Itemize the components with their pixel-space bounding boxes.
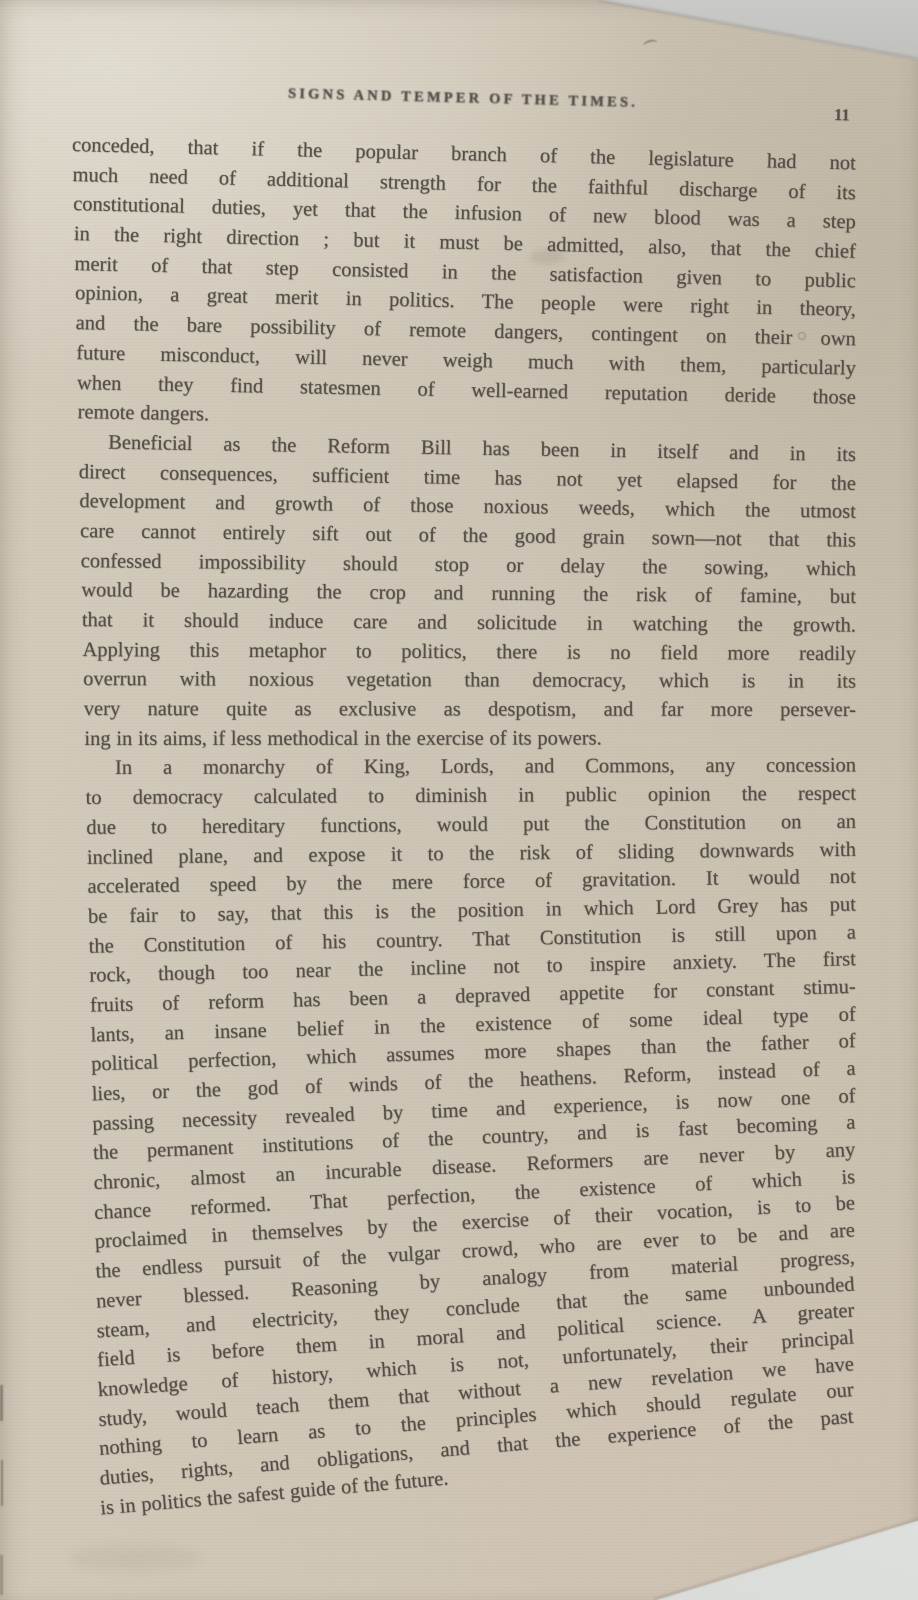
ink-squiggle-artifact [642,38,659,50]
body-text: conceded, that if the popular branch of … [72,131,856,1526]
paragraph: In a monarchy of King, Lords, and Common… [72,754,856,1526]
paragraph: conceded, that if the popular branch of … [72,131,856,428]
text-line: ing in its aims, if less methodical in t… [72,724,856,755]
page-edge-streak [0,1555,3,1595]
page-edge-streak [0,1385,3,1421]
book-page: SIGNS AND TEMPER OF THE TIMES. 11 conced… [0,0,918,1600]
page-header-title: SIGNS AND TEMPER OF THE TIMES. [72,80,854,117]
page-number: 11 [834,105,850,125]
left-page-edge [0,1330,10,1600]
page-edge-streak [1,1460,3,1506]
running-head: SIGNS AND TEMPER OF THE TIMES. 11 [72,80,854,126]
paragraph: Beneficial as the Reform Bill has been i… [72,428,856,755]
paper-stain [70,1545,200,1571]
text-line: overrun with noxious vegetation than dem… [72,665,856,697]
text-line: very nature quite as exclusive as despot… [72,695,856,726]
photo-background: SIGNS AND TEMPER OF THE TIMES. 11 conced… [0,0,918,1600]
